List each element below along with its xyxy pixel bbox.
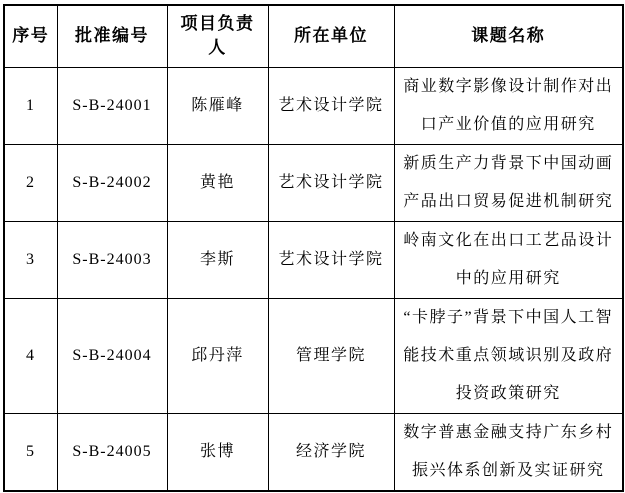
table-row: 4 S-B-24004 邱丹萍 管理学院 “卡脖子”背景下中国人工智能技术重点领… (4, 298, 623, 413)
cell-approval-code: S-B-24002 (57, 144, 167, 221)
cell-serial-no: 4 (4, 298, 57, 413)
cell-serial-no: 2 (4, 144, 57, 221)
cell-project-title: 商业数字影像设计制作对出口产业价值的应用研究 (394, 67, 623, 144)
cell-project-title: 新质生产力背景下中国动画产品出口贸易促进机制研究 (394, 144, 623, 221)
cell-project-leader: 邱丹萍 (167, 298, 268, 413)
cell-project-leader: 陈雁峰 (167, 67, 268, 144)
cell-project-title: 岭南文化在出口工艺品设计中的应用研究 (394, 221, 623, 298)
cell-project-leader: 张博 (167, 413, 268, 491)
header-cell-unit: 所在单位 (268, 5, 394, 67)
page: 序号 批准编号 项目负责人 所在单位 课题名称 1 S-B-24001 陈雁峰 … (0, 0, 625, 493)
cell-serial-no: 3 (4, 221, 57, 298)
cell-approval-code: S-B-24005 (57, 413, 167, 491)
cell-approval-code: S-B-24004 (57, 298, 167, 413)
table-row: 1 S-B-24001 陈雁峰 艺术设计学院 商业数字影像设计制作对出口产业价值… (4, 67, 623, 144)
header-row: 序号 批准编号 项目负责人 所在单位 课题名称 (4, 5, 623, 67)
cell-serial-no: 5 (4, 413, 57, 491)
cell-unit: 经济学院 (268, 413, 394, 491)
cell-project-title: 数字普惠金融支持广东乡村振兴体系创新及实证研究 (394, 413, 623, 491)
cell-unit: 艺术设计学院 (268, 67, 394, 144)
table-row: 3 S-B-24003 李斯 艺术设计学院 岭南文化在出口工艺品设计中的应用研究 (4, 221, 623, 298)
cell-approval-code: S-B-24001 (57, 67, 167, 144)
cell-unit: 艺术设计学院 (268, 144, 394, 221)
project-approval-table: 序号 批准编号 项目负责人 所在单位 课题名称 1 S-B-24001 陈雁峰 … (3, 4, 624, 492)
header-cell-project-title: 课题名称 (394, 5, 623, 67)
cell-serial-no: 1 (4, 67, 57, 144)
cell-project-leader: 李斯 (167, 221, 268, 298)
header-cell-serial-no: 序号 (4, 5, 57, 67)
header-cell-approval-code: 批准编号 (57, 5, 167, 67)
cell-unit: 艺术设计学院 (268, 221, 394, 298)
cell-unit: 管理学院 (268, 298, 394, 413)
cell-approval-code: S-B-24003 (57, 221, 167, 298)
header-cell-project-leader: 项目负责人 (167, 5, 268, 67)
cell-project-leader: 黄艳 (167, 144, 268, 221)
table-row: 5 S-B-24005 张博 经济学院 数字普惠金融支持广东乡村振兴体系创新及实… (4, 413, 623, 491)
cell-project-title: “卡脖子”背景下中国人工智能技术重点领域识别及政府投资政策研究 (394, 298, 623, 413)
table-row: 2 S-B-24002 黄艳 艺术设计学院 新质生产力背景下中国动画产品出口贸易… (4, 144, 623, 221)
